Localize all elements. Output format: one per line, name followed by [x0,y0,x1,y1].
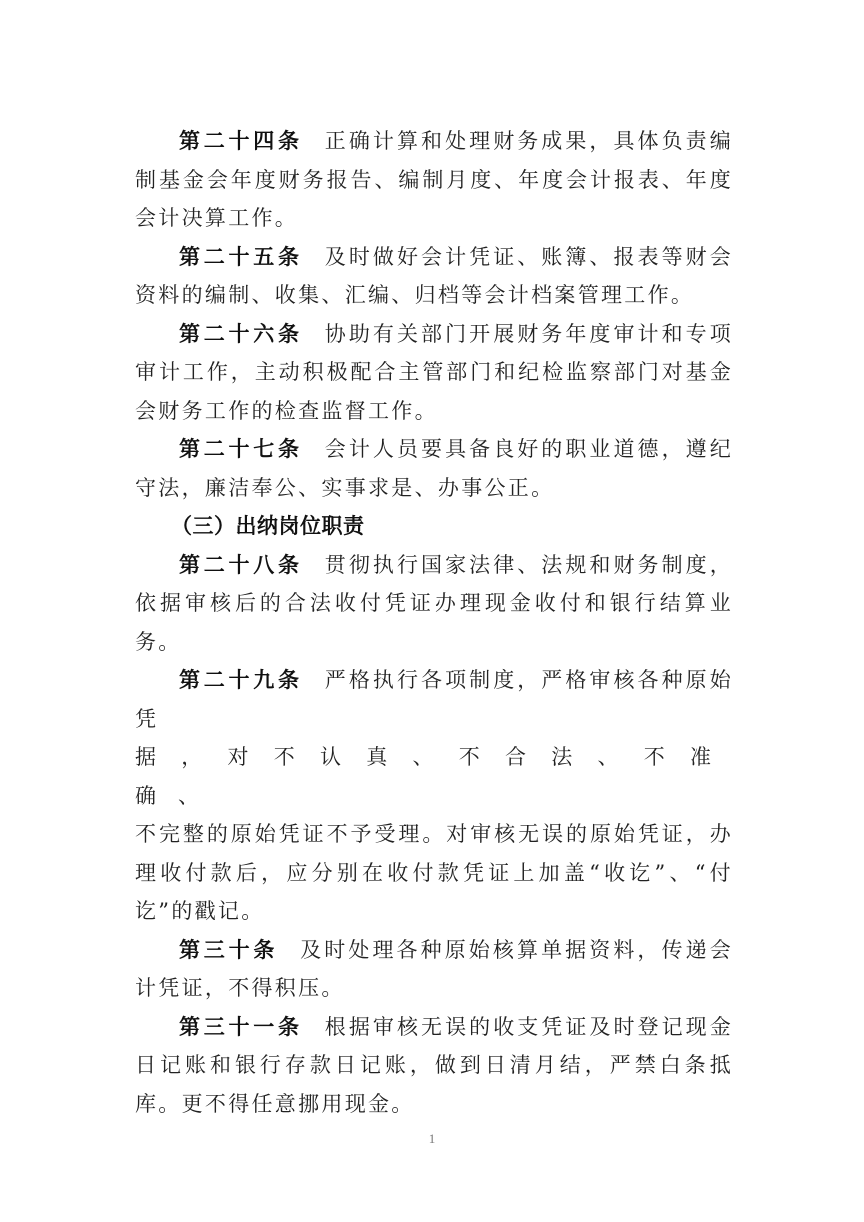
article-number: 第三十条 [179,938,278,962]
section-heading: （三）出纳岗位职责 [135,507,733,546]
article-24: 第二十四条正确计算和处理财务成果，具体负责编制基金会年度财务报告、编制月度、年度… [135,122,733,238]
document-body: 第二十四条正确计算和处理财务成果，具体负责编制基金会年度财务报告、编制月度、年度… [135,122,733,1123]
article-27: 第二十七条会计人员要具备良好的职业道德，遵纪守法，廉洁奉公、实事求是、办事公正。 [135,430,733,507]
document-page: 第二十四条正确计算和处理财务成果，具体负责编制基金会年度财务报告、编制月度、年度… [0,0,864,1222]
article-number: 第二十四条 [179,129,303,153]
article-number: 第二十九条 [179,668,303,692]
article-text-part2: 据，对不认真、不合法、不准确、 [135,745,733,808]
article-28: 第二十八条贯彻执行国家法律、法规和财务制度，依据审核后的合法收付凭证办理现金收付… [135,546,733,662]
article-26: 第二十六条协助有关部门开展财务年度审计和专项审计工作，主动积极配合主管部门和纪检… [135,315,733,431]
article-31: 第三十一条根据审核无误的收支凭证及时登记现金日记账和银行存款日记账，做到日清月结… [135,1008,733,1124]
article-number: 第二十五条 [179,245,303,269]
article-29: 第二十九条严格执行各项制度，严格审核各种原始凭据，对不认真、不合法、不准确、不完… [135,661,733,931]
article-text-part3: 不完整的原始凭证不予受理。对审核无误的原始凭证，办理收付款后，应分别在收付款凭证… [135,822,733,923]
article-30: 第三十条及时处理各种原始核算单据资料，传递会计凭证，不得积压。 [135,931,733,1008]
article-number: 第二十七条 [179,437,303,461]
article-number: 第二十八条 [179,553,303,577]
page-number: 1 [0,1131,864,1147]
article-number: 第二十六条 [179,322,303,346]
article-25: 第二十五条及时做好会计凭证、账簿、报表等财会资料的编制、收集、汇编、归档等会计档… [135,238,733,315]
article-number: 第三十一条 [179,1015,303,1039]
